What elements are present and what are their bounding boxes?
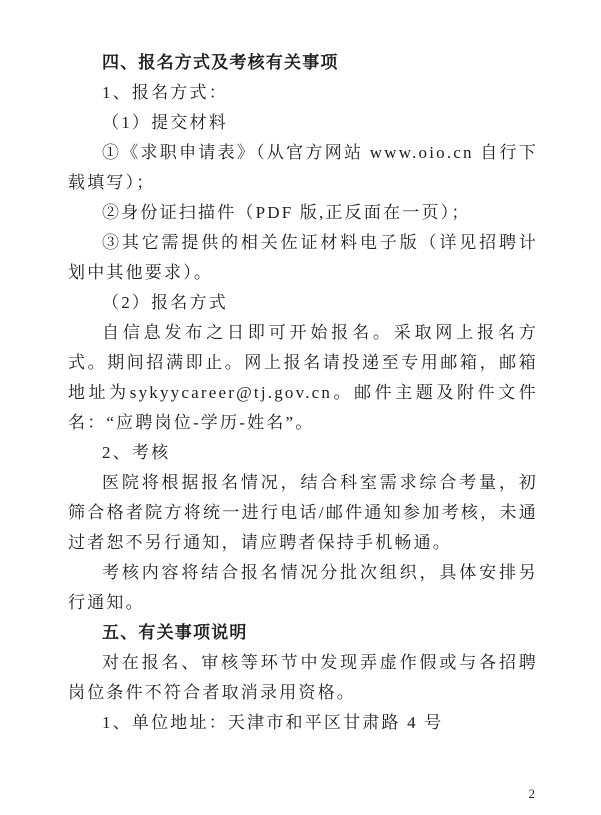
paragraph-material-2: ②身份证扫描件（PDF 版,正反面在一页）； (68, 198, 538, 228)
paragraph-disqualification: 对在报名、审核等环节中发现弄虚作假或与各招聘岗位条件不符合者取消录用资格。 (68, 648, 538, 708)
paragraph-material-3: ③其它需提供的相关佐证材料电子版（详见招聘计划中其他要求）。 (68, 228, 538, 288)
section-heading-4: 四、报名方式及考核有关事项 (68, 48, 538, 78)
document-body: 四、报名方式及考核有关事项 1、报名方式： （1）提交材料 ①《求职申请表》（从… (68, 48, 538, 738)
paragraph-signup-details: 自信息发布之日即可开始报名。采取网上报名方式。期间招满即止。网上报名请投递至专用… (68, 318, 538, 438)
paragraph-assessment-details: 医院将根据报名情况，结合科室需求综合考量，初筛合格者院方将统一进行电话/邮件通知… (68, 468, 538, 558)
paragraph-signup-way-label: （2）报名方式 (68, 288, 538, 318)
document-page: { "page": { "background": "#ffffff", "te… (0, 0, 601, 815)
page-number: 2 (529, 787, 536, 801)
paragraph-submit-materials-label: （1）提交材料 (68, 108, 538, 138)
paragraph-assessment-label: 2、考核 (68, 438, 538, 468)
paragraph-material-1: ①《求职申请表》（从官方网站 www.oio.cn 自行下载填写）； (68, 138, 538, 198)
section-heading-5: 五、有关事项说明 (68, 618, 538, 648)
paragraph-assessment-schedule: 考核内容将结合报名情况分批次组织，具体安排另行通知。 (68, 558, 538, 618)
paragraph-signup-method-label: 1、报名方式： (68, 78, 538, 108)
paragraph-address: 1、单位地址：天津市和平区甘肃路 4 号 (68, 708, 538, 738)
